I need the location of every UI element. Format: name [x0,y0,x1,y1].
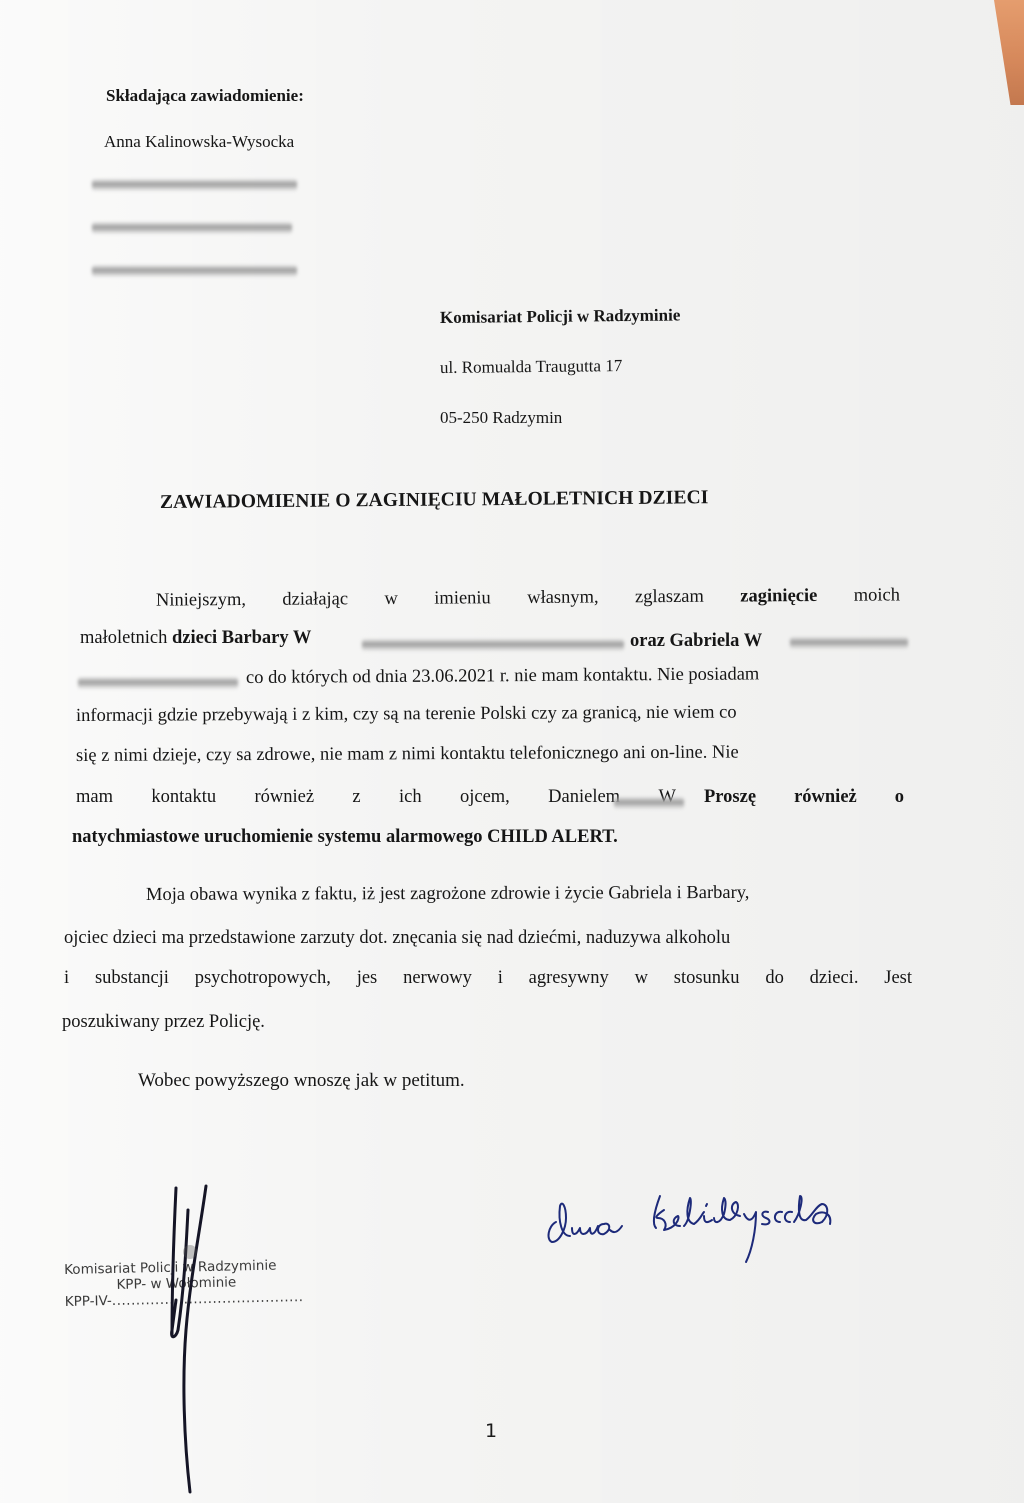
page-number: 1 [485,1420,497,1442]
applicant-signature-icon [0,0,1024,1503]
